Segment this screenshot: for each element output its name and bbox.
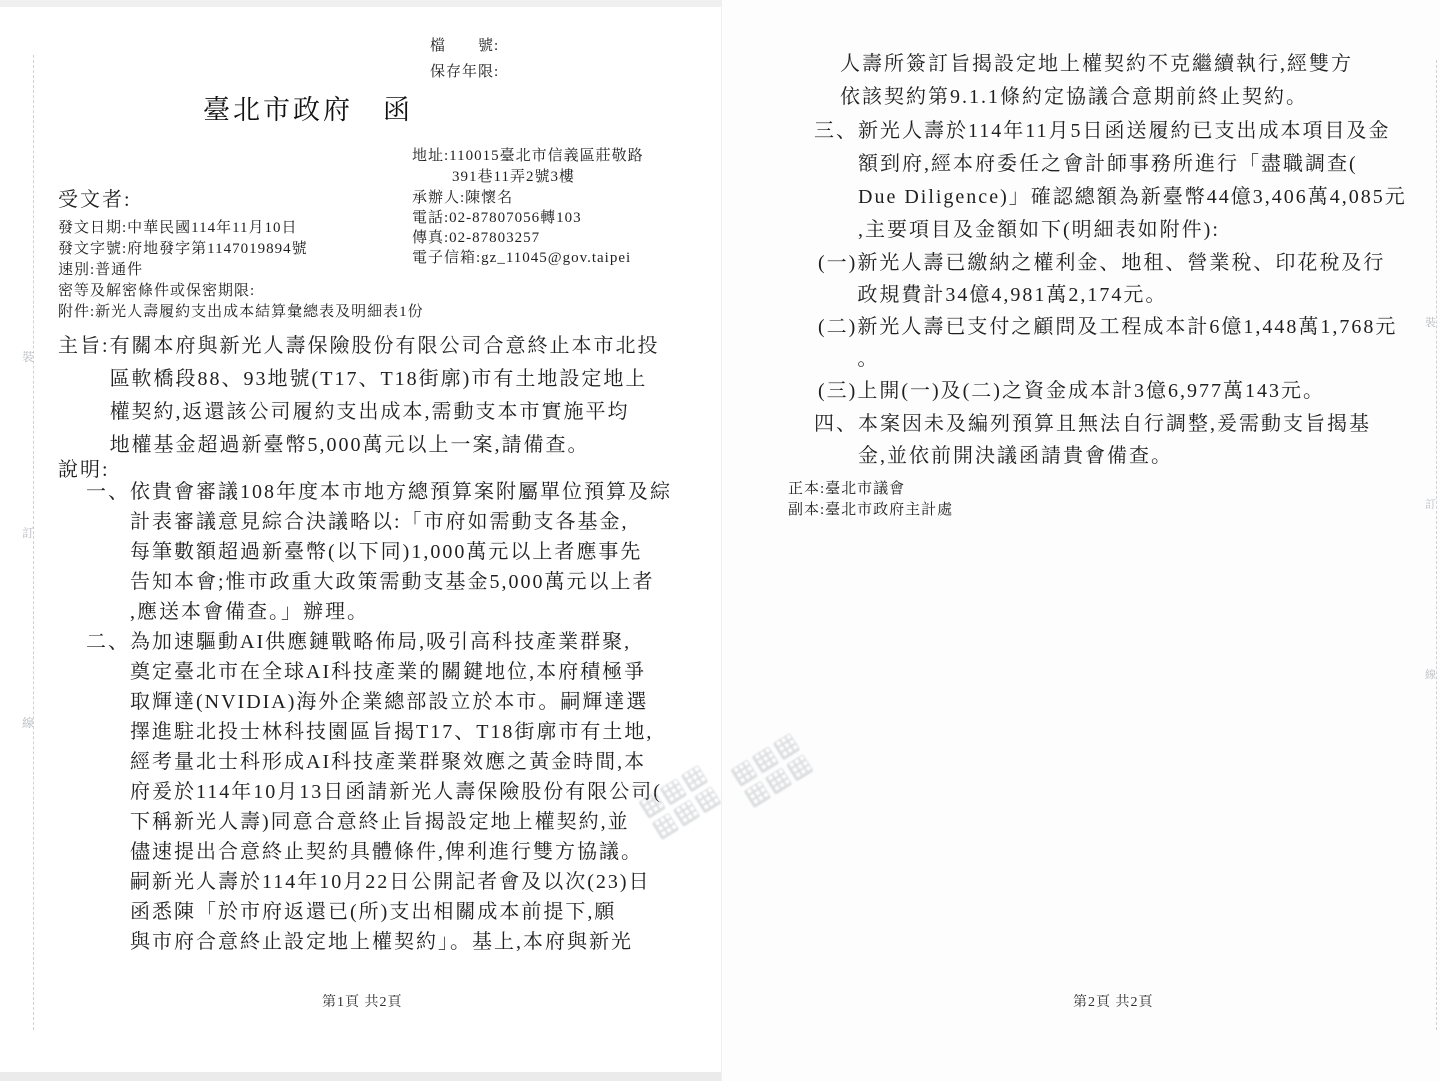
sub-item-text: 新光人壽已支付之顧問及工程成本計6億1,448萬1,768元 。 bbox=[857, 311, 1397, 375]
recipient-label: 受文者: bbox=[58, 183, 132, 212]
scan-edge-bottom bbox=[0, 1072, 722, 1081]
seam-seal-stamp-right bbox=[730, 733, 813, 808]
item-text: 本案因未及編列預算且無法自行調整,爰需動支旨揭基 金,並依前開決議函請貴會備查。 bbox=[858, 408, 1371, 472]
page-2: 裝 訂 線 人壽所簽訂旨揭設定地上權契約不克繼續執行,經雙方 依該契約第9.1.… bbox=[722, 0, 1440, 1081]
explanation-item-4: 四、 本案因未及編列預算且無法自行調整,爰需動支旨揭基 金,並依前開決議函請貴會… bbox=[814, 408, 1371, 472]
binding-mark: 訂 bbox=[22, 524, 34, 541]
scanned-letter-spread: 裝 訂 線 檔 號: 保存年限: 臺北市政府 函 地址:110015臺北市信義區… bbox=[0, 0, 1440, 1081]
sub-item-text: 新光人壽已繳納之權利金、地租、營業稅、印花稅及行 政規費計34億4,981萬2,… bbox=[857, 247, 1385, 311]
binding-mark: 裝 bbox=[1425, 314, 1436, 330]
item-number: 二、 bbox=[86, 627, 130, 657]
page-1: 裝 訂 線 檔 號: 保存年限: 臺北市政府 函 地址:110015臺北市信義區… bbox=[0, 0, 722, 1081]
file-number-label: 檔 號: bbox=[430, 36, 499, 57]
binding-dotted-line-left bbox=[33, 55, 34, 1030]
binding-dotted-line-right bbox=[1436, 60, 1437, 1030]
sub-item-number: (二) bbox=[818, 311, 857, 343]
attachment-note: 附件:新光人壽履約支出成本結算彙總表及明細表1份 bbox=[58, 302, 424, 323]
security-classification: 密等及解密條件或保密期限: bbox=[58, 281, 255, 302]
item-number: 一、 bbox=[86, 477, 130, 507]
binding-mark: 訂 bbox=[1425, 496, 1436, 512]
sub-item-number: (一) bbox=[818, 247, 857, 279]
explanation-item-1: 一、 依貴會審議108年度本市地方總預算案附屬單位預算及綜 計表審議意見綜合決議… bbox=[86, 477, 672, 627]
retention-period-label: 保存年限: bbox=[430, 62, 499, 83]
sender-contact-person: 承辦人:陳懷名 bbox=[412, 188, 513, 209]
item-2-continuation-text: 人壽所簽訂旨揭設定地上權契約不克繼續執行,經雙方 依該契約第9.1.1條約定協議… bbox=[840, 48, 1353, 114]
item-text: 為加速驅動AI供應鏈戰略佈局,吸引高科技產業群聚, 奠定臺北市在全球AI科技產業… bbox=[130, 627, 662, 957]
dispatch-date: 發文日期:中華民國114年11月10日 bbox=[58, 218, 298, 239]
item-text: 新光人壽於114年11月5日函送履約已支出成本項目及金 額到府,經本府委任之會計… bbox=[858, 115, 1407, 247]
explanation-item-3: 三、 新光人壽於114年11月5日函送履約已支出成本項目及金 額到府,經本府委任… bbox=[814, 115, 1407, 247]
delivery-speed: 速別:普通件 bbox=[58, 260, 143, 281]
sub-item-text: 上開(一)及(二)之資金成本計3億6,977萬143元。 bbox=[857, 375, 1325, 407]
item-text: 依貴會審議108年度本市地方總預算案附屬單位預算及綜 計表審議意見綜合決議略以:… bbox=[130, 477, 672, 627]
sub-item-3: (三) 上開(一)及(二)之資金成本計3億6,977萬143元。 bbox=[818, 375, 1325, 407]
subject-paragraph: 主旨: 有關本府與新光人壽保險股份有限公司合意終止本市北投 區軟橋段88、93地… bbox=[58, 330, 660, 462]
document-title: 臺北市政府 函 bbox=[203, 88, 413, 127]
subject-label: 主旨: bbox=[58, 330, 110, 363]
sub-item-2: (二) 新光人壽已支付之顧問及工程成本計6億1,448萬1,768元 。 bbox=[818, 311, 1397, 375]
sender-address-line1: 地址:110015臺北市信義區莊敬路 bbox=[412, 146, 644, 167]
binding-mark: 裝 bbox=[22, 348, 34, 365]
item-number: 三、 bbox=[814, 115, 858, 148]
explanation-item-2: 二、 為加速驅動AI供應鏈戰略佈局,吸引高科技產業群聚, 奠定臺北市在全球AI科… bbox=[86, 627, 662, 957]
scan-edge-top bbox=[0, 0, 722, 7]
page-number-footer: 第2頁 共2頁 bbox=[1073, 991, 1154, 1011]
cc-copy-line: 副本:臺北市政府主計處 bbox=[788, 500, 953, 521]
sender-email: 電子信箱:gz_11045@gov.taipei bbox=[412, 248, 631, 269]
sender-fax: 傳真:02-87803257 bbox=[412, 228, 540, 249]
dispatch-number: 發文字號:府地發字第1147019894號 bbox=[58, 239, 308, 260]
original-copy-line: 正本:臺北市議會 bbox=[788, 479, 905, 500]
binding-mark: 線 bbox=[22, 714, 34, 731]
sender-address-line2: 391巷11弄2號3樓 bbox=[452, 167, 575, 188]
sub-item-1: (一) 新光人壽已繳納之權利金、地租、營業稅、印花稅及行 政規費計34億4,98… bbox=[818, 247, 1385, 311]
sender-phone: 電話:02-87807056轉103 bbox=[412, 208, 582, 229]
item-number: 四、 bbox=[814, 408, 858, 440]
page-number-footer: 第1頁 共2頁 bbox=[322, 991, 403, 1011]
subject-text: 有關本府與新光人壽保險股份有限公司合意終止本市北投 區軟橋段88、93地號(T1… bbox=[110, 330, 660, 462]
sub-item-number: (三) bbox=[818, 375, 857, 407]
binding-mark: 線 bbox=[1425, 666, 1436, 682]
